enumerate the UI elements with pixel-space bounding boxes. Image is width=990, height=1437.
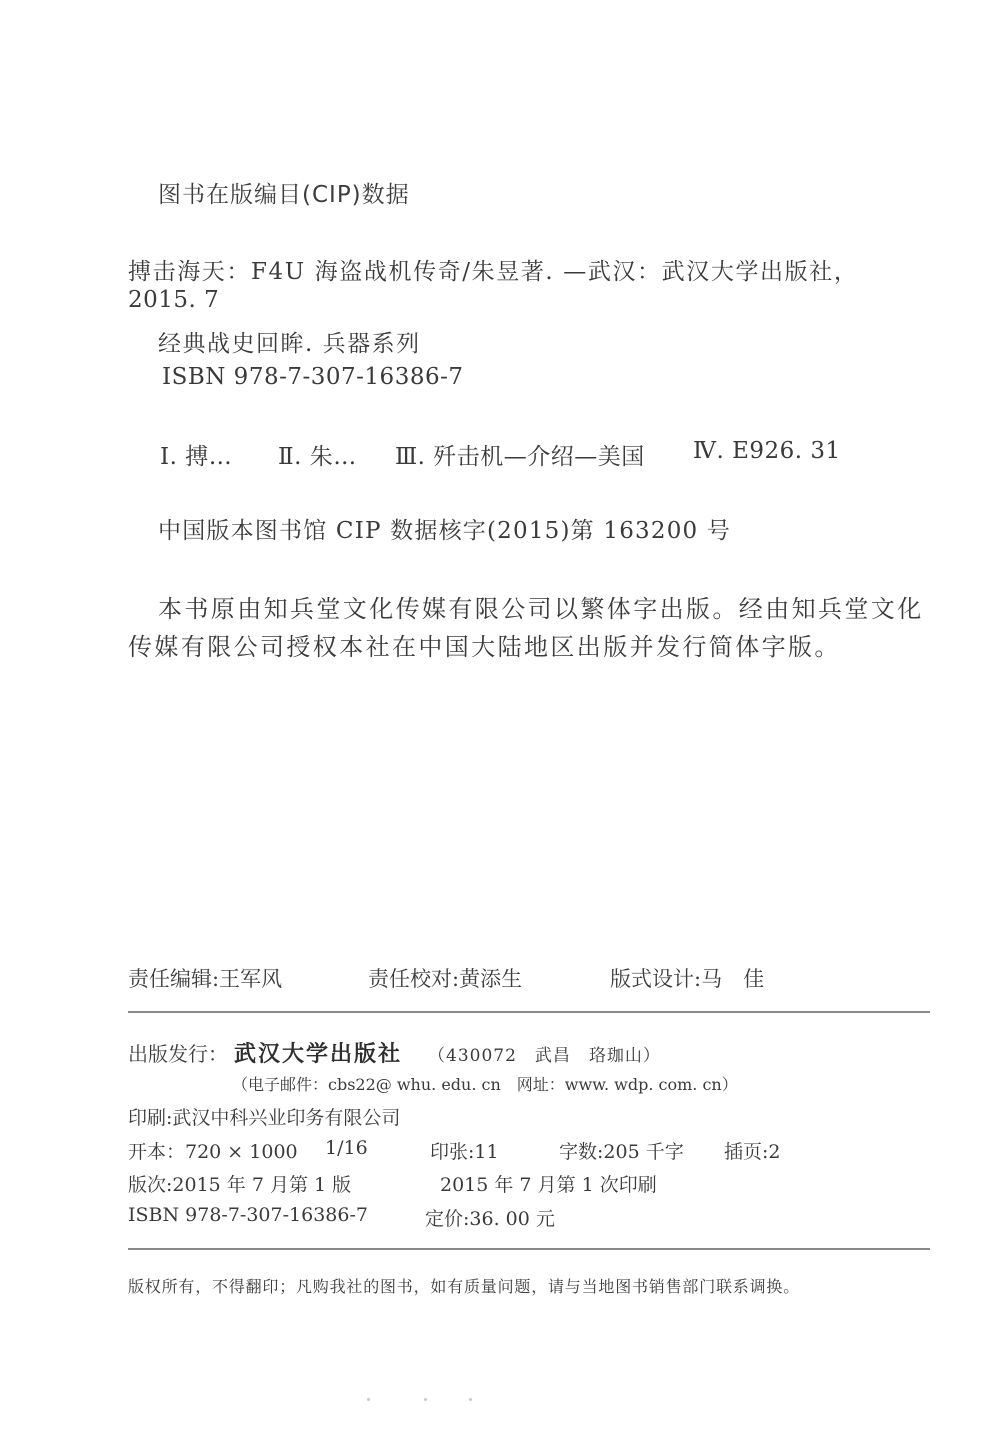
classification-item: Ⅳ. E926. 31 [693,438,841,471]
publisher-row: 出版发行： 武汉大学出版社 （430072 武昌 珞珈山） [128,1037,661,1068]
license-notice: 本书原由知兵堂文化传媒有限公司以繁体字出版。经由知兵堂文化传媒有限公司授权本社在… [128,590,940,666]
cip-heading: 图书在版编目(CIP)数据 [158,176,410,209]
format-row: 开本：720 × 1000 1/16 印张:11 字数:205 千字 插页:2 [128,1137,781,1164]
cip-isbn: ISBN 978-7-307-16386-7 [162,364,464,390]
rights-statement: 版权所有，不得翻印；凡购我社的图书，如有质量问题，请与当地图书销售部门联系调换。 [128,1274,800,1297]
divider-top [128,1011,930,1013]
responsible-editor: 责任编辑:王军风 [128,963,368,993]
format-word-count: 字数:205 千字 [559,1137,724,1164]
classification-item: Ⅱ. 朱… [278,438,395,471]
responsible-proofreader: 责任校对:黄添生 [368,963,610,993]
divider-bottom [128,1248,930,1250]
cip-series: 经典战史回眸. 兵器系列 [158,325,421,358]
classification-item: Ⅲ. 歼击机—介绍—美国 [395,438,693,471]
publisher-label: 出版发行： [128,1038,228,1067]
publisher-contact: （电子邮件：cbs22@ whu. edu. cn网址：www. wdp. co… [232,1072,738,1095]
isbn: ISBN 978-7-307-16386-7 [128,1204,425,1231]
format-plates: 插页:2 [724,1137,781,1164]
cip-classification: Ⅰ. 搏… Ⅱ. 朱… Ⅲ. 歼击机—介绍—美国 Ⅳ. E926. 31 [160,438,841,471]
copyright-page: 图书在版编目(CIP)数据 搏击海天：F4U 海盗战机传奇/朱昱著. —武汉：武… [0,0,990,1437]
printer: 印刷:武汉中科兴业印务有限公司 [128,1103,400,1130]
publisher-name: 武汉大学出版社 [234,1037,402,1068]
layout-designer: 版式设计:马 佳 [610,963,764,993]
isbn-price-row: ISBN 978-7-307-16386-7 定价:36. 00 元 [128,1204,555,1231]
cip-publication-date: 2015. 7 [128,287,219,313]
cip-number: 中国版本图书馆 CIP 数据核字(2015)第 163200 号 [158,512,731,545]
classification-item: Ⅰ. 搏… [160,438,278,471]
scan-speck [367,1398,370,1401]
format-fold: 1/16 [325,1137,430,1164]
credits-row: 责任编辑:王军风 责任校对:黄添生 版式设计:马 佳 [128,963,764,993]
price: 定价:36. 00 元 [425,1204,555,1231]
publisher-email: （电子邮件：cbs22@ whu. edu. cn [232,1075,501,1094]
format-size: 开本：720 × 1000 [128,1137,325,1164]
printer-info: 印刷:武汉中科兴业印务有限公司 [128,1103,400,1130]
scan-speck [424,1398,427,1401]
format-sheets: 印张:11 [430,1137,559,1164]
cip-title-line: 搏击海天：F4U 海盗战机传奇/朱昱著. —武汉：武汉大学出版社， [128,253,858,286]
publisher-website: 网址：www. wdp. com. cn） [517,1075,738,1094]
publisher-address: （430072 武昌 珞珈山） [428,1041,661,1066]
edition: 版次:2015 年 7 月第 1 版 [128,1170,440,1197]
edition-row: 版次:2015 年 7 月第 1 版 2015 年 7 月第 1 次印刷 [128,1170,657,1197]
impression: 2015 年 7 月第 1 次印刷 [440,1170,657,1197]
scan-speck [469,1398,472,1401]
